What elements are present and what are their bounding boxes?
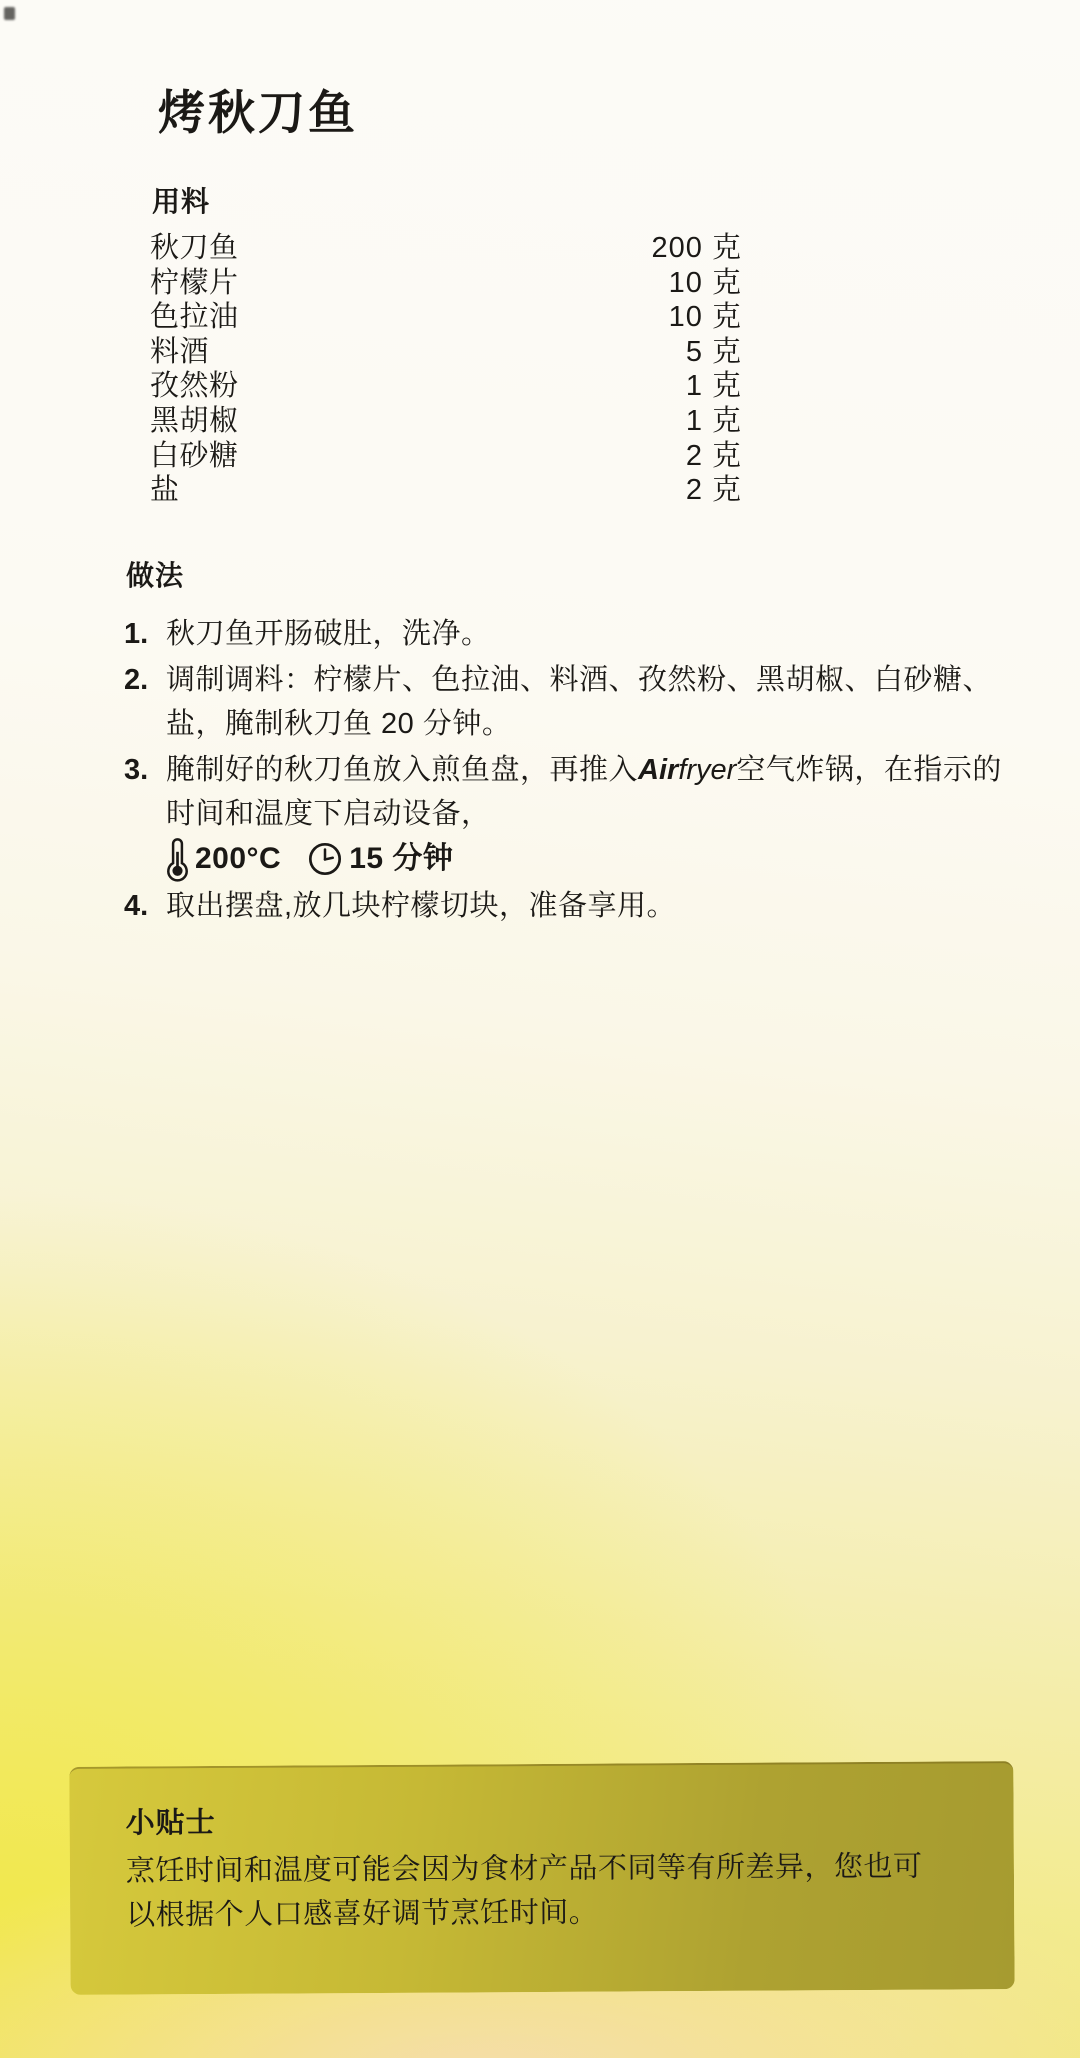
ingredient-name: 盐 (150, 473, 180, 508)
step-content: 调制调料：柠檬片、色拉油、料酒、孜然粉、黑胡椒、白砂糖、盐，腌制秋刀鱼 20 分… (166, 658, 1024, 746)
step-line: 腌制好的秋刀鱼放入煎鱼盘，再推入Airfryer空气炸锅，在指示的 (166, 748, 1024, 792)
step-content: 秋刀鱼开肠破肚，洗净。 (166, 612, 1024, 656)
scan-artifact-mark (4, 7, 15, 20)
step-line: 调制调料：柠檬片、色拉油、料酒、孜然粉、黑胡椒、白砂糖、 (166, 658, 1024, 702)
recipe-page: 烤秋刀鱼 用料 秋刀鱼200 克柠檬片10 克色拉油10 克料酒5 克孜然粉1 … (0, 0, 1080, 2058)
ingredient-amount: 10 克 (669, 266, 742, 301)
method-step: 3.腌制好的秋刀鱼放入煎鱼盘，再推入Airfryer空气炸锅，在指示的时间和温度… (124, 748, 1024, 882)
ingredient-name: 色拉油 (150, 300, 239, 335)
thermometer-icon (166, 836, 189, 882)
ingredient-amount: 10 克 (669, 300, 742, 335)
tip-line: 以根据个人口感喜好调节烹饪时间。 (126, 1888, 974, 1937)
step-number: 3. (124, 748, 166, 882)
step-line: 盐，腌制秋刀鱼 20 分钟。 (166, 702, 1024, 746)
step-content: 取出摆盘,放几块柠檬切块，准备享用。 (166, 884, 1024, 928)
step-text: 空气炸锅，在指示的 (736, 754, 1002, 786)
ingredient-row: 黑胡椒1 克 (150, 404, 742, 439)
cook-temperature: 200°C (195, 837, 281, 881)
ingredient-row: 白砂糖2 克 (150, 439, 742, 474)
ingredient-amount: 1 克 (686, 404, 742, 439)
step-number: 1. (124, 612, 166, 656)
method-step: 4.取出摆盘,放几块柠檬切块，准备享用。 (124, 884, 1024, 928)
ingredient-name: 孜然粉 (150, 369, 239, 404)
tip-body: 烹饪时间和温度可能会因为食材产品不同等有所差异，您也可以根据个人口感喜好调节烹饪… (126, 1844, 975, 1937)
recipe-title: 烤秋刀鱼 (158, 76, 358, 143)
ingredient-row: 色拉油10 克 (150, 300, 742, 335)
ingredient-row: 盐2 克 (150, 473, 742, 508)
step-content: 腌制好的秋刀鱼放入煎鱼盘，再推入Airfryer空气炸锅，在指示的时间和温度下启… (166, 748, 1024, 882)
ingredients-header: 用料 (152, 180, 210, 220)
step-text: Air (638, 754, 678, 786)
step-text: 腌制好的秋刀鱼放入煎鱼盘，再推入 (166, 754, 638, 786)
cook-settings: 200°C15 分钟 (166, 836, 1024, 882)
method-step: 2.调制调料：柠檬片、色拉油、料酒、孜然粉、黑胡椒、白砂糖、盐，腌制秋刀鱼 20… (124, 658, 1024, 746)
step-number: 4. (124, 884, 166, 928)
tip-line: 烹饪时间和温度可能会因为食材产品不同等有所差异，您也可 (126, 1844, 974, 1893)
method-steps: 1.秋刀鱼开肠破肚，洗净。2.调制调料：柠檬片、色拉油、料酒、孜然粉、黑胡椒、白… (124, 612, 1024, 930)
ingredients-list: 秋刀鱼200 克柠檬片10 克色拉油10 克料酒5 克孜然粉1 克黑胡椒1 克白… (150, 231, 742, 508)
tip-title: 小贴士 (126, 1795, 974, 1841)
method-header: 做法 (126, 554, 184, 594)
ingredient-amount: 2 克 (686, 439, 742, 474)
tip-box: 小贴士 烹饪时间和温度可能会因为食材产品不同等有所差异，您也可以根据个人口感喜好… (69, 1761, 1014, 1995)
step-text: 调制调料：柠檬片、色拉油、料酒、孜然粉、黑胡椒、白砂糖、 (166, 664, 992, 696)
method-step: 1.秋刀鱼开肠破肚，洗净。 (124, 612, 1024, 656)
ingredient-name: 白砂糖 (150, 439, 239, 474)
ingredient-name: 料酒 (150, 335, 209, 370)
step-text: fryer (678, 754, 736, 786)
ingredient-amount: 200 克 (652, 231, 742, 266)
ingredient-name: 秋刀鱼 (150, 231, 239, 266)
step-text: 秋刀鱼开肠破肚，洗净。 (166, 618, 491, 650)
ingredient-name: 柠檬片 (150, 266, 239, 301)
ingredient-row: 孜然粉1 克 (150, 369, 742, 404)
step-line: 秋刀鱼开肠破肚，洗净。 (166, 612, 1024, 656)
clock-icon (307, 841, 343, 877)
step-line: 取出摆盘,放几块柠檬切块，准备享用。 (166, 884, 1024, 928)
ingredient-name: 黑胡椒 (150, 404, 239, 439)
cook-time: 15 分钟 (349, 837, 453, 881)
ingredient-amount: 1 克 (686, 369, 742, 404)
step-number: 2. (124, 658, 166, 746)
ingredient-row: 料酒5 克 (150, 335, 742, 370)
step-text: 盐，腌制秋刀鱼 20 分钟。 (166, 708, 511, 740)
ingredient-row: 秋刀鱼200 克 (150, 231, 742, 266)
ingredient-amount: 2 克 (686, 473, 742, 508)
step-line: 时间和温度下启动设备， (166, 792, 1024, 836)
ingredient-amount: 5 克 (686, 335, 742, 370)
ingredient-row: 柠檬片10 克 (150, 266, 742, 301)
step-text: 时间和温度下启动设备， (166, 798, 491, 830)
step-text: 取出摆盘,放几块柠檬切块，准备享用。 (166, 890, 676, 922)
